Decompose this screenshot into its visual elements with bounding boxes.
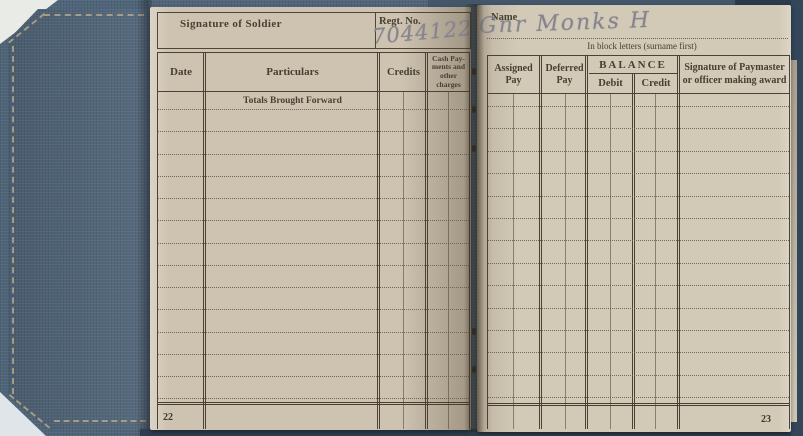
paybook-scan: Signature of Soldier Regt. No. 7044122 D…: [0, 0, 803, 436]
binding-stitch: [472, 366, 476, 373]
ledger-row-line: [488, 375, 789, 376]
page-stack-edge: [791, 60, 797, 422]
right-ledger-table: Assigned Pay Deferred Pay BALANCE Debit …: [487, 55, 790, 429]
column-header-credit: Credit: [635, 73, 677, 93]
ruled-rows: [488, 56, 789, 429]
column-divider: [677, 56, 680, 429]
binding-stitch: [472, 68, 476, 75]
ledger-row-line: [488, 263, 789, 264]
ledger-row-line: [488, 308, 789, 309]
column-header-credits: Credits: [381, 53, 426, 91]
left-ledger-table: Date Particulars Credits Cash Pay- ments…: [157, 52, 470, 429]
totals-brought-forward-row: Totals Brought Forward: [207, 93, 378, 108]
column-divider: [425, 53, 428, 429]
column-divider: [377, 53, 380, 429]
ledger-row-line: [488, 196, 789, 197]
column-divider: [203, 53, 206, 429]
ledger-row-line: [488, 240, 789, 241]
column-divider: [585, 56, 588, 429]
column-header-deferred-pay: Deferred Pay: [543, 56, 586, 93]
ledger-row-line: [488, 106, 789, 107]
column-header-particulars: Particulars: [207, 53, 378, 91]
binding-stitch: [472, 145, 476, 152]
header-rule: [488, 93, 789, 94]
ledger-row-line: [488, 128, 789, 129]
stitching: [54, 420, 146, 422]
column-header-balance: BALANCE: [589, 56, 677, 73]
pence-subdivider: [403, 91, 404, 429]
column-header-cash-payments: Cash Pay- ments and other charges: [428, 53, 469, 91]
right-page: Name Gnr Monks H In block letters (surna…: [477, 5, 791, 432]
signature-of-soldier-label: Signature of Soldier: [158, 13, 375, 30]
pence-subdivider: [655, 93, 656, 429]
ledger-row-line: [488, 352, 789, 353]
ledger-row-line: [488, 285, 789, 286]
stitching: [12, 46, 14, 394]
ledger-row-line: [488, 330, 789, 331]
binding-stitch: [472, 328, 476, 335]
name-caption: In block letters (surname first): [522, 41, 762, 51]
name-ruled-line: [487, 17, 788, 39]
ledger-row-line: [488, 151, 789, 152]
column-header-signature-of-paymaster: Signature of Paymaster or officer making…: [680, 56, 789, 93]
pence-subdivider: [565, 93, 566, 429]
column-header-date: Date: [158, 53, 204, 91]
ledger-row-line: [488, 173, 789, 174]
pence-subdivider: [448, 91, 449, 429]
ledger-row-line: [488, 218, 789, 219]
carry-forward-rule: [158, 402, 469, 405]
stitching: [44, 14, 144, 16]
column-divider: [539, 56, 542, 429]
pence-subdivider: [610, 93, 611, 429]
carry-forward-rule: [488, 403, 789, 406]
left-page: Signature of Soldier Regt. No. 7044122 D…: [150, 7, 471, 430]
binding-stitch: [472, 106, 476, 113]
pence-subdivider: [513, 93, 514, 429]
column-header-assigned-pay: Assigned Pay: [488, 56, 539, 93]
ledger-row-line: [488, 397, 789, 398]
page-number-right: 23: [761, 414, 771, 425]
signature-of-soldier-box: Signature of Soldier: [157, 12, 376, 49]
debit-credit-divider: [632, 73, 635, 429]
column-header-debit: Debit: [589, 73, 632, 93]
page-number-left: 22: [163, 412, 173, 423]
